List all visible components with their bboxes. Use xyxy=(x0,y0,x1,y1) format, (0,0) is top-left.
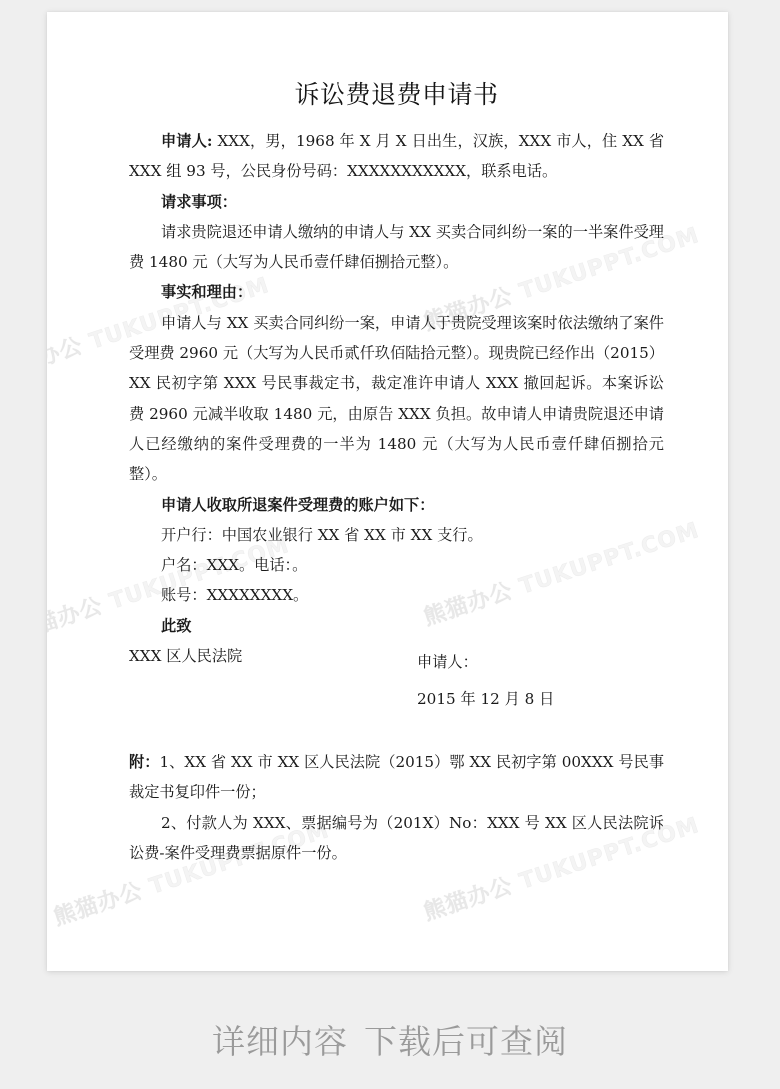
attachment-item-1-text: 1、XX 省 XX 市 XX 区人民法院（2015）鄂 XX 民初字第 00XX… xyxy=(129,753,664,801)
account-heading: 申请人收取所退案件受理费的账户如下： xyxy=(129,490,664,520)
account-number: 账号：XXXXXXXX。 xyxy=(129,580,664,610)
attachment-item-2: 2、付款人为 XXX、票据编号为（201X）No：XXX 号 XX 区人民法院诉… xyxy=(129,808,664,869)
attachments-label: 附： xyxy=(129,753,159,771)
attachments: 附：1、XX 省 XX 市 XX 区人民法院（2015）鄂 XX 民初字第 00… xyxy=(129,747,664,868)
applicant-label: 申请人: xyxy=(161,132,213,150)
signature-block: 申请人： 2015 年 12 月 8 日 xyxy=(417,644,554,718)
closing-recipient: XXX 区人民法院 xyxy=(129,641,664,671)
download-notice: 详细内容下载后可查阅 xyxy=(0,1018,780,1066)
download-notice-part2: 下载后可查阅 xyxy=(364,1022,568,1061)
document-title: 诉讼费退费申请书 xyxy=(129,78,664,112)
account-bank: 开户行：中国农业银行 XX 省 XX 市 XX 支行。 xyxy=(129,520,664,550)
request-text: 请求贵院退还申请人缴纳的申请人与 XX 买卖合同纠纷一案的一半案件受理费 148… xyxy=(129,217,664,278)
download-notice-part1: 详细内容 xyxy=(212,1022,348,1061)
document-page: 熊猫办公 TUKUPPT.COM 熊猫办公 TUKUPPT.COM 熊猫办公 T… xyxy=(47,12,728,971)
account-name: 户名：XXX。电话：。 xyxy=(129,550,664,580)
closing-salutation: 此致 xyxy=(129,611,664,641)
signature-label: 申请人： xyxy=(417,644,554,681)
applicant-paragraph: 申请人: XXX，男，1968 年 X 月 X 日出生，汉族，XXX 市人，住 … xyxy=(129,126,664,187)
document-body: 申请人: XXX，男，1968 年 X 月 X 日出生，汉族，XXX 市人，住 … xyxy=(129,126,664,671)
signature-date: 2015 年 12 月 8 日 xyxy=(417,681,554,718)
attachment-item-1: 附：1、XX 省 XX 市 XX 区人民法院（2015）鄂 XX 民初字第 00… xyxy=(129,747,664,808)
facts-heading: 事实和理由： xyxy=(129,277,664,307)
request-heading: 请求事项： xyxy=(129,187,664,217)
facts-text: 申请人与 XX 买卖合同纠纷一案，申请人于贵院受理该案时依法缴纳了案件受理费 2… xyxy=(129,308,664,490)
